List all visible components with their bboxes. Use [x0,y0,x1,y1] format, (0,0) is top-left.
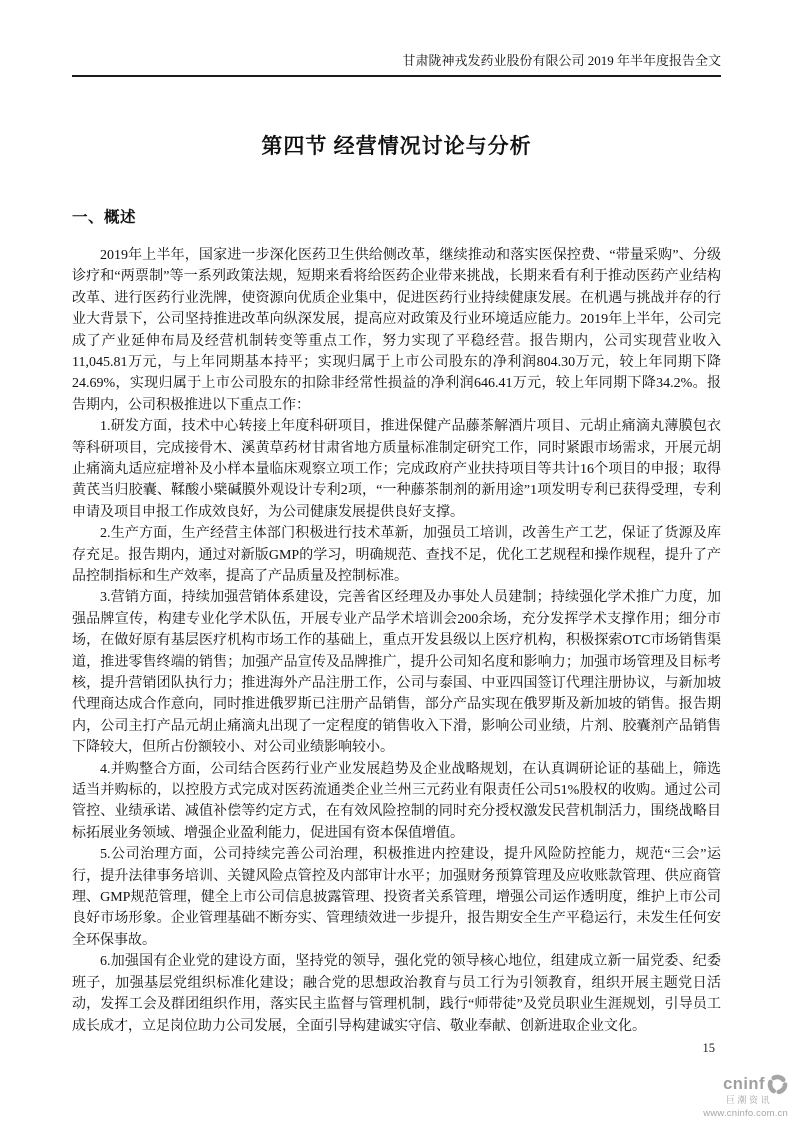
cninfo-brand-text: cninf [723,1075,765,1094]
page-header: 甘肃陇神戎发药业股份有限公司 2019 年半年度报告全文 [72,0,721,77]
header-title: 甘肃陇神戎发药业股份有限公司 2019 年半年度报告全文 [402,53,721,68]
body-paragraph: 2.生产方面，生产经营主体部门积极进行技术革新，加强员工培训，改善生产工艺，保证… [72,523,721,587]
cninfo-logo: cninf 巨潮资讯 www.cninfo.com.cn [678,1074,788,1119]
body-paragraph: 3.营销方面，持续加强营销体系建设，完善省区经理及办事处人员建制；持续强化学术推… [72,587,721,758]
body-text: 2019年上半年，国家进一步深化医药卫生供给侧改革，继续推动和落实医保控费、“带… [72,245,721,1037]
body-paragraph: 6.加强国有企业党的建设方面，坚持党的领导，强化党的领导核心地位，组建成立新一届… [72,951,721,1037]
page-number: 15 [703,1041,716,1056]
overview-heading: 一、概述 [72,205,721,227]
body-paragraph: 2019年上半年，国家进一步深化医药卫生供给侧改革，继续推动和落实医保控费、“带… [72,245,721,416]
section-title: 第四节 经营情况讨论与分析 [72,130,721,160]
page-content: 甘肃陇神戎发药业股份有限公司 2019 年半年度报告全文 第四节 经营情况讨论与… [0,0,793,1037]
cninfo-logo-row: cninf [678,1074,788,1095]
body-paragraph: 5.公司治理方面，公司持续完善公司治理，积极推进内控建设，提升风险防控能力，规范… [72,844,721,951]
body-paragraph: 4.并购整合方面，公司结合医药行业产业发展趋势及企业战略规划，在认真调研论证的基… [72,759,721,845]
cninfo-url: www.cninfo.com.cn [678,1108,788,1119]
cninfo-chinese-name: 巨潮资讯 [678,1093,788,1106]
cninfo-swirl-icon [767,1074,788,1095]
report-page: 甘肃陇神戎发药业股份有限公司 2019 年半年度报告全文 第四节 经营情况讨论与… [0,0,793,1122]
body-paragraph: 1.研发方面，技术中心转接上年度科研项目，推进保健产品藤茶解酒片项目、元胡止痛滴… [72,416,721,523]
